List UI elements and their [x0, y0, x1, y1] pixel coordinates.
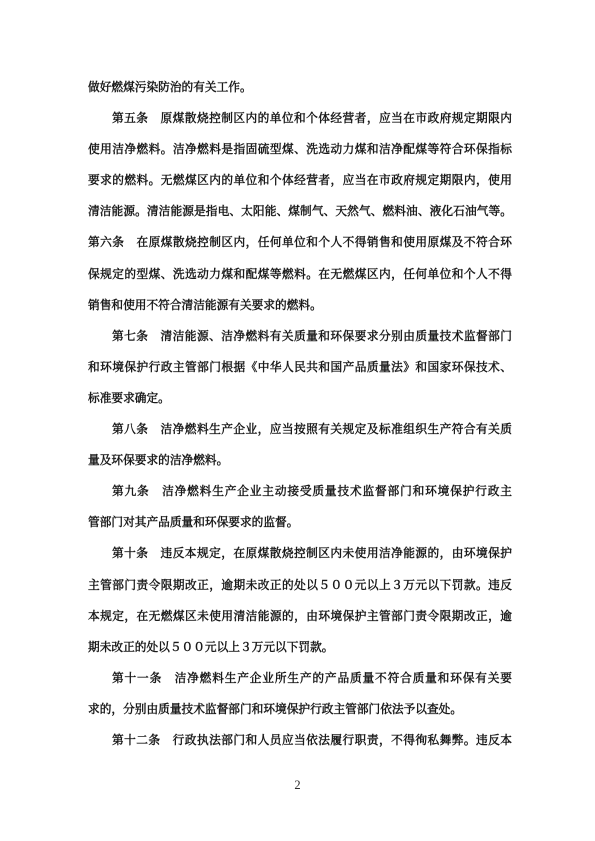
text-line-article-12: 第十二条 行政执法部门和人员应当依法履行职责，不得徇私舞弊。违反本 [88, 725, 512, 756]
text-line-article-6: 第六条 在原煤散烧控制区内，任何单位和个人不得销售和使用原煤及不符合环 [88, 227, 512, 258]
text-line: 清洁能源。清洁能源是指电、太阳能、煤制气、天然气、燃料油、液化石油气等。 [88, 196, 512, 227]
document-page: 做好燃煤污染防治的有关工作。 第五条 原煤散烧控制区内的单位和个体经营者，应当在… [0, 0, 595, 841]
text-line: 保规定的型煤、洗选动力煤和配煤等燃料。在无燃煤区内，任何单位和个人不得 [88, 259, 512, 290]
text-line: 管部门对其产品质量和环保要求的监督。 [88, 507, 512, 538]
text-line: 本规定，在无燃煤区未使用清洁能源的，由环境保护主管部门责令限期改正，逾 [88, 601, 512, 632]
text-line-article-11: 第十一条 洁净燃料生产企业所生产的产品质量不符合质量和环保有关要 [88, 663, 512, 694]
text-line: 和环境保护行政主管部门根据《中华人民共和国产品质量法》和国家环保技术、 [88, 352, 512, 383]
text-line: 要求的燃料。无燃煤区内的单位和个体经营者，应当在市政府规定期限内，使用 [88, 165, 512, 196]
text-line: 标准要求确定。 [88, 383, 512, 414]
text-line: 销售和使用不符合清洁能源有关要求的燃料。 [88, 290, 512, 321]
text-line-article-5: 第五条 原煤散烧控制区内的单位和个体经营者，应当在市政府规定期限内 [88, 103, 512, 134]
document-body: 做好燃煤污染防治的有关工作。 第五条 原煤散烧控制区内的单位和个体经营者，应当在… [88, 72, 512, 756]
text-line-article-9: 第九条 洁净燃料生产企业主动接受质量技术监督部门和环境保护行政主 [88, 476, 512, 507]
text-line: 做好燃煤污染防治的有关工作。 [88, 72, 512, 103]
text-line: 量及环保要求的洁净燃料。 [88, 445, 512, 476]
text-line-article-8: 第八条 洁净燃料生产企业，应当按照有关规定及标准组织生产符合有关质 [88, 414, 512, 445]
text-line: 使用洁净燃料。洁净燃料是指固硫型煤、洗选动力煤和洁净配煤等符合环保指标 [88, 134, 512, 165]
text-line-article-10: 第十条 违反本规定，在原煤散烧控制区内未使用洁净能源的，由环境保护 [88, 538, 512, 569]
page-number: 2 [0, 777, 595, 794]
text-line-article-7: 第七条 清洁能源、洁净燃料有关质量和环保要求分别由质量技术监督部门 [88, 321, 512, 352]
text-line: 期未改正的处以５００元以上３万元以下罚款。 [88, 632, 512, 663]
text-line: 求的，分别由质量技术监督部门和环境保护行政主管部门依法予以查处。 [88, 694, 512, 725]
text-line: 主管部门责令限期改正，逾期未改正的处以５００元以上３万元以下罚款。违反 [88, 570, 512, 601]
